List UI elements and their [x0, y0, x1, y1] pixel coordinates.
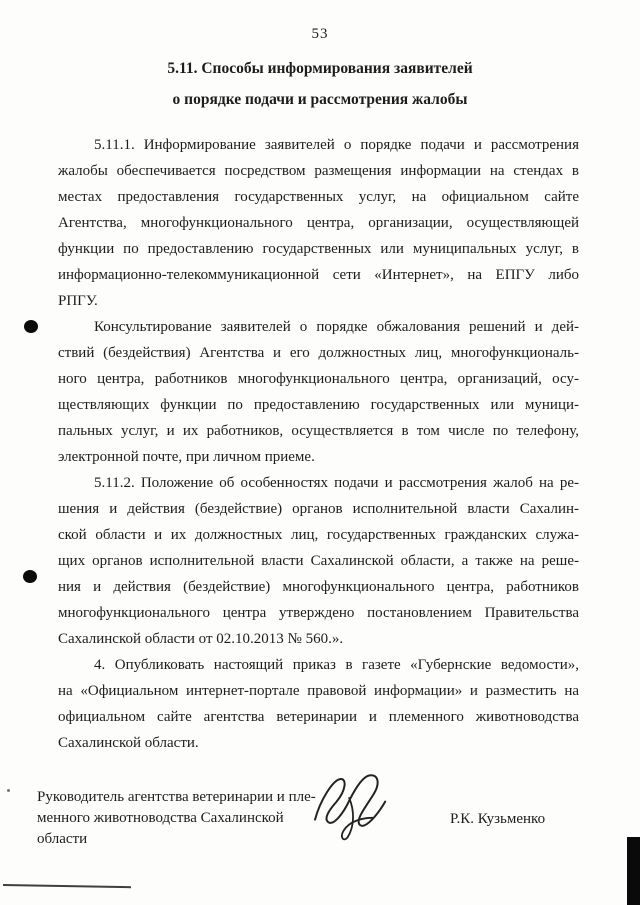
text-line: Сахалинской области от 02.10.2013 № 560.… — [58, 626, 579, 652]
text-line: ской области и их должностных лиц, госуд… — [58, 522, 579, 548]
hole-punch-mark-icon — [24, 320, 38, 333]
footnote-separator-rule — [3, 884, 131, 888]
scan-edge-artifact — [627, 837, 640, 905]
scan-speck — [7, 789, 10, 792]
text-line: ществляющих функции по предоставлению го… — [58, 392, 579, 418]
text-line: жалобы обеспечивается посредством размещ… — [58, 158, 579, 184]
text-line: функции по предоставлению государственны… — [58, 236, 579, 262]
document-body: 5.11.1. Информирование заявителей о поря… — [58, 132, 579, 756]
text-line: шения и действия (бездействие) органов и… — [58, 496, 579, 522]
text-line: многофункционального центра утверждено п… — [58, 600, 579, 626]
text-line: электронной почте, при личном приеме. — [58, 444, 579, 470]
paragraph: 4. Опубликовать настоящий приказ в газет… — [58, 652, 579, 756]
signatory-title: Руководитель агентства ветеринарии и пле… — [37, 787, 337, 850]
text-line: официальном сайте агентства ветеринарии … — [58, 704, 579, 730]
signatory-title-line1: Руководитель агентства ветеринарии и пле… — [37, 787, 337, 808]
scanned-document-page: 53 5.11. Способы информирования заявител… — [0, 0, 640, 905]
text-line: ного центра, работников многофункциональ… — [58, 366, 579, 392]
text-line: местах предоставления государственных ус… — [58, 184, 579, 210]
signatory-title-line2: менного животноводства Сахалинской облас… — [37, 808, 337, 850]
text-line: ния и действия (бездействие) многофункци… — [58, 574, 579, 600]
text-line: 5.11.1. Информирование заявителей о поря… — [58, 132, 579, 158]
text-line: 5.11.2. Положение об особенностях подачи… — [58, 470, 579, 496]
hole-punch-mark-icon — [23, 570, 37, 583]
paragraph: 5.11.2. Положение об особенностях подачи… — [58, 470, 579, 652]
text-line: на «Официальном интернет-портале правово… — [58, 678, 579, 704]
text-line: 4. Опубликовать настоящий приказ в газет… — [58, 652, 579, 678]
handwritten-signature-icon — [305, 771, 397, 843]
paragraph: 5.11.1. Информирование заявителей о поря… — [58, 132, 579, 314]
text-line: информационно-телекоммуникационной сети … — [58, 262, 579, 288]
text-line: щих органов исполнительной власти Сахали… — [58, 548, 579, 574]
section-heading: 5.11. Способы информирования заявителей … — [60, 53, 580, 115]
text-line: пальных услуг, и их работников, осуществ… — [58, 418, 579, 444]
paragraph: Консультирование заявителей о порядке об… — [58, 314, 579, 470]
signatory-name: Р.К. Кузьменко — [450, 809, 545, 830]
section-heading-line1: 5.11. Способы информирования заявителей — [60, 53, 580, 84]
text-line: Консультирование заявителей о порядке об… — [58, 314, 579, 340]
text-line: Сахалинской области. — [58, 730, 579, 756]
text-line: Агентства, многофункционального центра, … — [58, 210, 579, 236]
page-number: 53 — [0, 26, 640, 43]
section-heading-line2: о порядке подачи и рассмотрения жалобы — [60, 84, 580, 115]
text-line: ствий (бездействия) Агентства и его долж… — [58, 340, 579, 366]
text-line: РПГУ. — [58, 288, 579, 314]
